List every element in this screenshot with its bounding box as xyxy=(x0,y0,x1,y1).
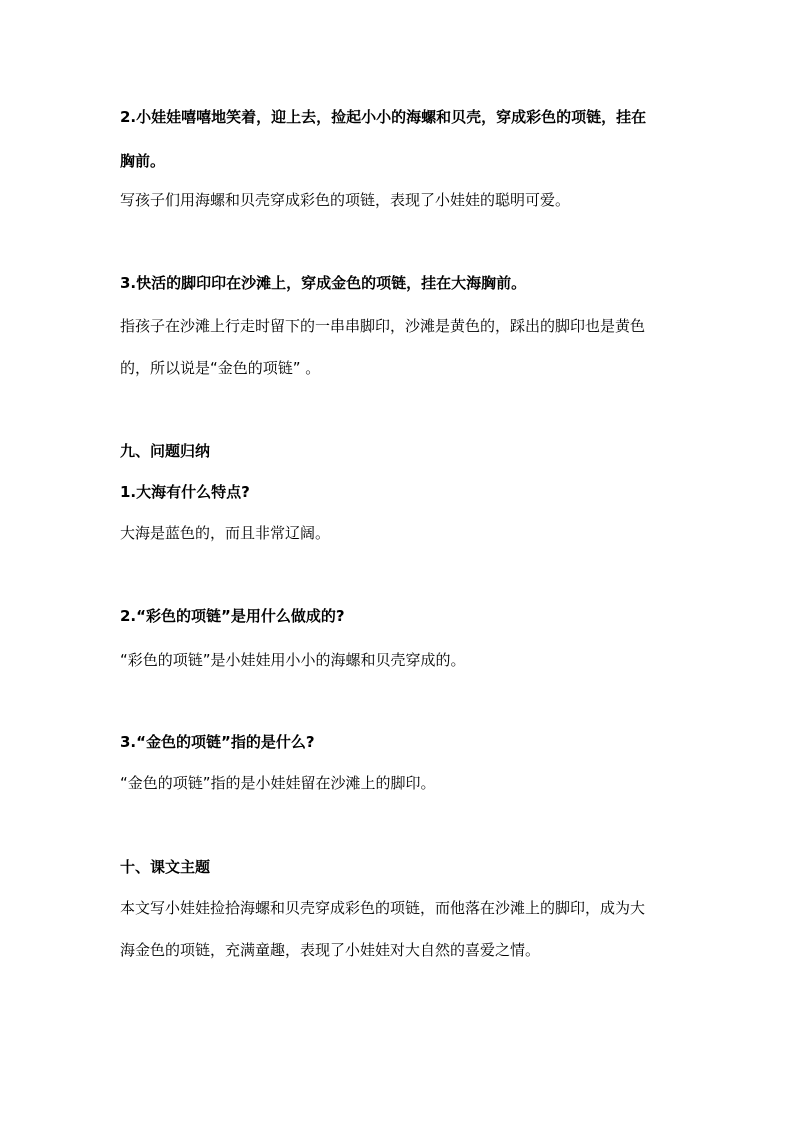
item2-body: 写孩子们用海螺和贝壳穿成彩色的项链，表现了小娃娃的聪明可爱。 xyxy=(120,190,570,210)
q1-answer: 大海是蓝色的，而且非常辽阔。 xyxy=(120,523,330,543)
item2-heading-line2: 胸前。 xyxy=(120,151,165,171)
item3-heading: 3.快活的脚印印在沙滩上，穿成金色的项链，挂在大海胸前。 xyxy=(120,273,526,293)
item3-body-line2: 的，所以说是“金色的项链” 。 xyxy=(120,358,320,378)
section10-title: 十、课文主题 xyxy=(120,857,210,877)
section10-body-line1: 本文写小娃娃捡拾海螺和贝壳穿成彩色的项链，而他落在沙滩上的脚印，成为大 xyxy=(120,898,645,918)
q3-answer: “金色的项链”指的是小娃娃留在沙滩上的脚印。 xyxy=(120,773,436,793)
q2-question: 2.“彩色的项链”是用什么做成的? xyxy=(120,606,345,626)
item2-heading-line1: 2.小娃娃嘻嘻地笑着，迎上去，捡起小小的海螺和贝壳，穿成彩色的项链，挂在 xyxy=(120,107,646,127)
section10-body-line2: 海金色的项链，充满童趣，表现了小娃娃对大自然的喜爱之情。 xyxy=(120,940,540,960)
q2-answer: “彩色的项链”是小娃娃用小小的海螺和贝壳穿成的。 xyxy=(120,650,466,670)
section9-title: 九、问题归纳 xyxy=(120,441,210,461)
item3-body-line1: 指孩子在沙滩上行走时留下的一串串脚印，沙滩是黄色的，踩出的脚印也是黄色 xyxy=(120,316,645,336)
q3-question: 3.“金色的项链”指的是什么? xyxy=(120,732,315,752)
q1-question: 1.大海有什么特点? xyxy=(120,482,250,502)
